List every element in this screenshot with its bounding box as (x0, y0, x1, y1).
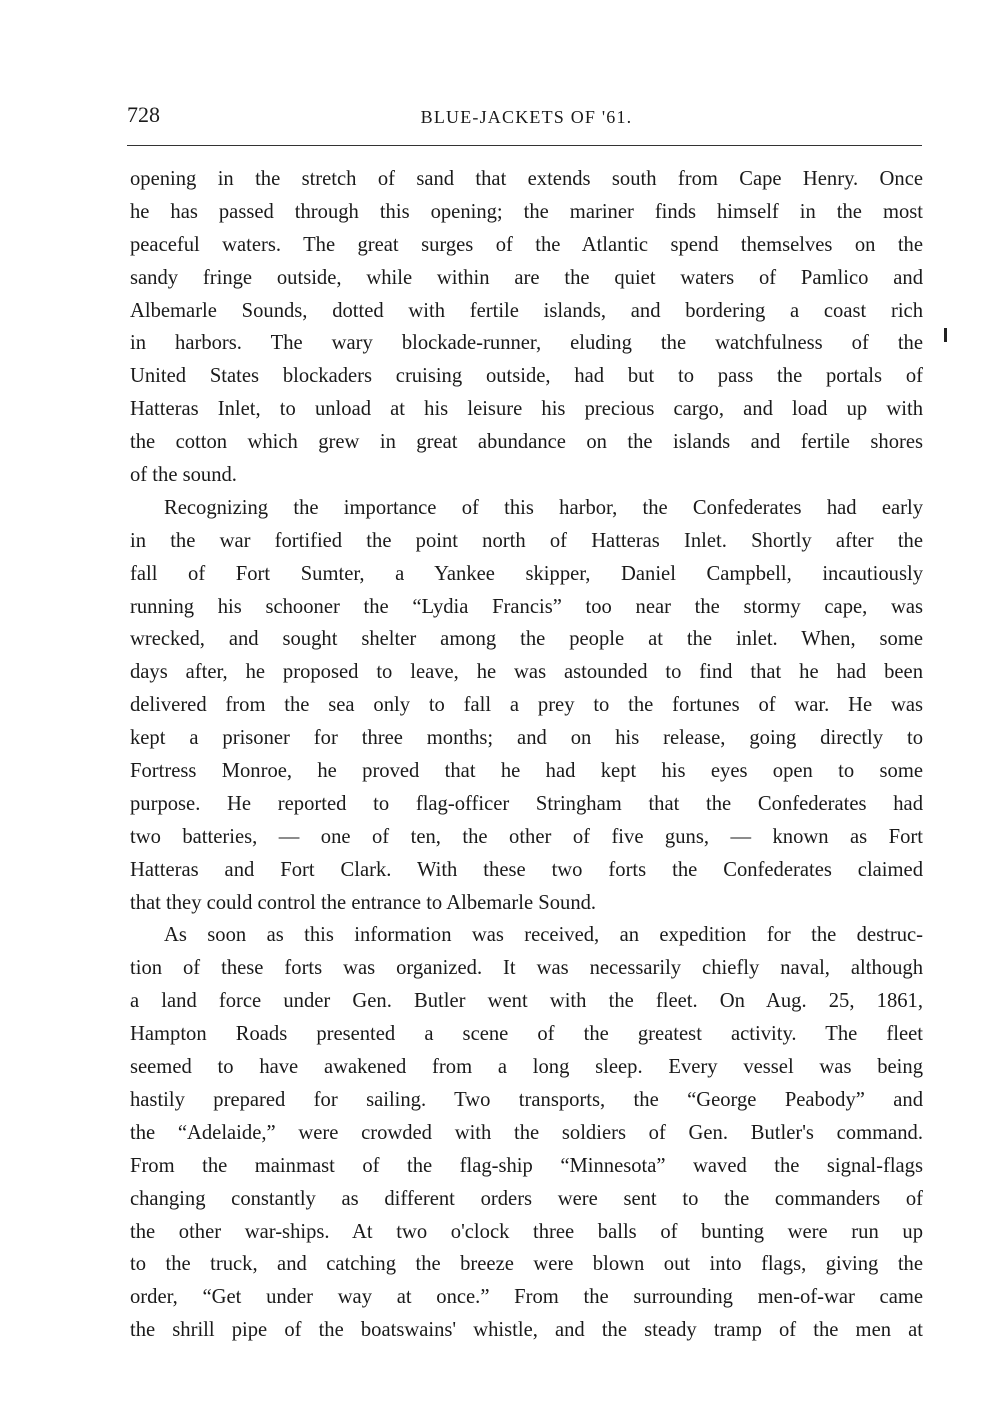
text-line: changing constantly as different orders … (130, 1183, 923, 1216)
text-line: wrecked, and sought shelter among the pe… (130, 623, 923, 656)
text-line: purpose. He reported to flag-officer Str… (130, 788, 923, 821)
text-line: Hampton Roads presented a scene of the g… (130, 1018, 923, 1051)
text-line: Hatteras and Fort Clark. With these two … (130, 854, 923, 887)
text-line: Albemarle Sounds, dotted with fertile is… (130, 295, 923, 328)
running-title: BLUE-JACKETS OF '61. (130, 107, 923, 128)
margin-speck (944, 328, 947, 342)
text-line: As soon as this information was received… (130, 919, 923, 952)
text-line: two batteries, — one of ten, the other o… (130, 821, 923, 854)
body-text: opening in the stretch of sand that exte… (130, 163, 923, 1347)
text-line: Fortress Monroe, he proved that he had k… (130, 755, 923, 788)
text-line: the cotton which grew in great abundance… (130, 426, 923, 459)
text-line: delivered from the sea only to fall a pr… (130, 689, 923, 722)
text-line: sandy fringe outside, while within are t… (130, 262, 923, 295)
text-line: tion of these forts was organized. It wa… (130, 952, 923, 985)
text-line: United States blockaders cruising outsid… (130, 360, 923, 393)
text-line: the shrill pipe of the boatswains' whist… (130, 1314, 923, 1347)
text-line: seemed to have awakened from a long slee… (130, 1051, 923, 1084)
text-line: in the war fortified the point north of … (130, 525, 923, 558)
text-line: that they could control the entrance to … (130, 887, 923, 920)
text-line: Recognizing the importance of this harbo… (130, 492, 923, 525)
text-line: a land force under Gen. Butler went with… (130, 985, 923, 1018)
text-line: kept a prisoner for three months; and on… (130, 722, 923, 755)
paragraph-2: Recognizing the importance of this harbo… (130, 492, 923, 920)
text-line: he has passed through this opening; the … (130, 196, 923, 229)
header-rule (127, 145, 922, 146)
paragraph-1: opening in the stretch of sand that exte… (130, 163, 923, 492)
text-line: hastily prepared for sailing. Two transp… (130, 1084, 923, 1117)
text-line: Hatteras Inlet, to unload at his leisure… (130, 393, 923, 426)
text-line: of the sound. (130, 459, 923, 492)
text-line: order, “Get under way at once.” From the… (130, 1281, 923, 1314)
text-line: peaceful waters. The great surges of the… (130, 229, 923, 262)
text-line: days after, he proposed to leave, he was… (130, 656, 923, 689)
text-line: to the truck, and catching the breeze we… (130, 1248, 923, 1281)
text-line: opening in the stretch of sand that exte… (130, 163, 923, 196)
text-line: running his schooner the “Lydia Francis”… (130, 591, 923, 624)
text-line: the other war-ships. At two o'clock thre… (130, 1216, 923, 1249)
text-line: fall of Fort Sumter, a Yankee skipper, D… (130, 558, 923, 591)
paragraph-3: As soon as this information was received… (130, 919, 923, 1347)
text-line: From the mainmast of the flag-ship “Minn… (130, 1150, 923, 1183)
running-head: 728 BLUE-JACKETS OF '61. (130, 102, 923, 132)
text-line: the “Adelaide,” were crowded with the so… (130, 1117, 923, 1150)
text-line: in harbors. The wary blockade-runner, el… (130, 327, 923, 360)
